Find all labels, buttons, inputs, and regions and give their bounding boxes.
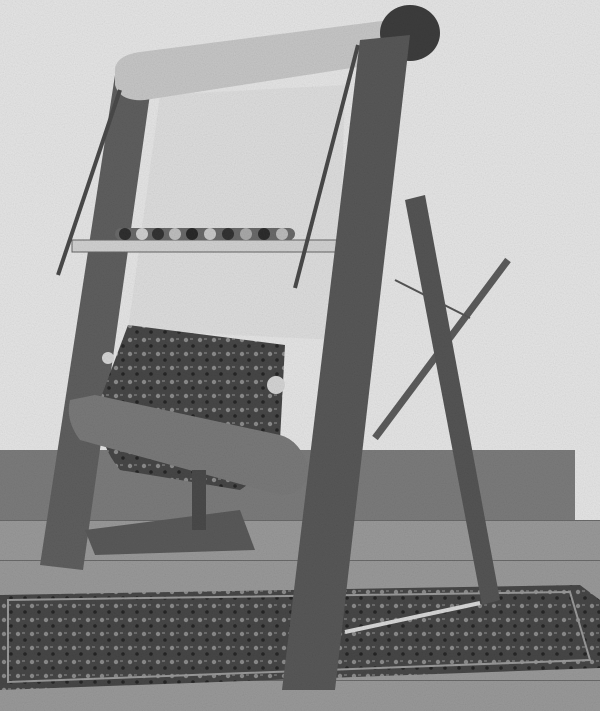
loom-photograph [0, 0, 600, 711]
warp-threads [128, 85, 345, 340]
heddle-bar [72, 240, 362, 252]
bead-rod [115, 228, 295, 240]
